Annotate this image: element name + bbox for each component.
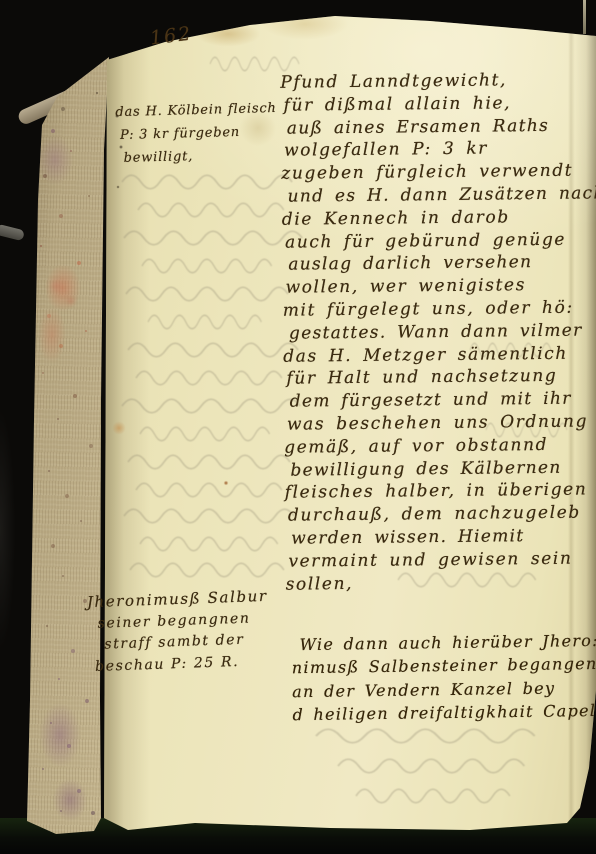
main-text-line: auch für gebürund genüge — [285, 228, 596, 254]
margin-note-line: bewilligt, — [123, 143, 278, 170]
next-page-edge — [583, 0, 586, 34]
main-text-line: sollen, — [286, 570, 596, 596]
main-text-line: wolgefallen P: 3 kr — [284, 137, 596, 163]
background-sheen — [0, 370, 34, 690]
main-text-line: für Halt und nachsetzung — [286, 365, 596, 391]
main-text-line: werden wissen. Hiemit — [291, 524, 596, 550]
main-text-line: wollen, wer wenigistes — [285, 273, 596, 299]
manuscript-scan: 162 das H. Kölbein fleisch P: 3 kr fürge… — [0, 0, 596, 854]
main-text-block: Pfund Lanndtgewicht, für dißmal allain h… — [280, 68, 596, 596]
second-paragraph: Wie dann auch hierüber Jhero: nimusß Sal… — [291, 629, 596, 727]
main-text-line: gestattes. Wann dann vilmer — [289, 319, 596, 345]
main-text-line: auslag darlich versehen — [288, 251, 596, 277]
margin-note-salbur: Jheronimusß Salbur seiner begangnen stra… — [87, 586, 271, 678]
margin-note-kalbfleisch: das H. Kölbein fleisch P: 3 kr fürgeben … — [115, 97, 278, 170]
main-text-line: und es H. dann Zusätzen nach — [287, 182, 596, 208]
fore-edge-speckles — [0, 0, 2, 2]
main-text-line: vermaint und gewisen sein — [288, 547, 596, 573]
main-text-line: auß aines Ersamen Raths — [287, 114, 596, 140]
main-text-line: gemäß, auf vor obstannd — [284, 433, 596, 459]
main-text-line: mit fürgelegt uns, oder hö: — [283, 296, 596, 322]
main-text-line: fleisches halber, in überigen — [285, 479, 596, 505]
main-text-line: die Kennech in darob — [282, 205, 596, 231]
margin-note-line: das H. Kölbein fleisch — [115, 97, 277, 124]
main-text-line: dem fürgesetzt und mit ihr — [290, 387, 596, 413]
main-text-line: das H. Metzger sämentlich — [283, 342, 596, 368]
main-text-line: Pfund Lanndtgewicht, — [280, 68, 596, 94]
main-text-line: zugeben fürgleich verwendt — [281, 159, 596, 185]
main-text-line: was beschehen uns Ordnung — [287, 410, 596, 436]
main-text-line: durchauß, dem nachzugeleb — [288, 501, 596, 527]
main-text-line: für dißmal allain hie, — [284, 91, 596, 117]
main-text-line: bewilligung des Kälbernen — [290, 456, 596, 482]
main-text-line: d heiligen dreifaltigkhait Capell, — [292, 699, 596, 727]
binding-tie-icon — [0, 224, 25, 241]
